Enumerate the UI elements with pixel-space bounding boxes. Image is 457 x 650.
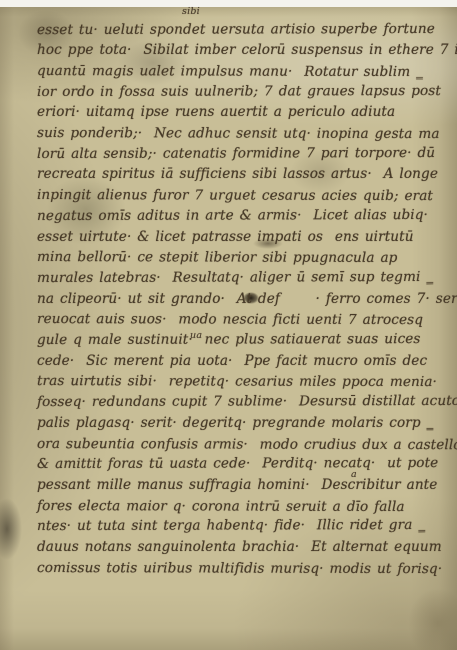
manuscript-line: comissus totis uiribus multifidis murisq… <box>37 559 442 578</box>
interlinear-gloss: ua <box>190 330 202 341</box>
manuscript-line: suis ponderib;· Nec adhuc sensit utq· in… <box>37 124 440 143</box>
manuscript-line: quantū magis ualet impulsus manu· Rotatu… <box>37 62 423 81</box>
manuscript-line: pessant mille manus suffragia homini· De… <box>37 476 437 494</box>
manuscript-line: reuocat auis suos· modo nescia ficti uen… <box>37 310 423 329</box>
manuscript-line: mina bellorū· ce stepit liberior sibi pp… <box>37 248 398 267</box>
manuscript-line: ntes· ut tuta sint terga habentq· fide· … <box>37 516 425 535</box>
manuscript-line: gule q male sustinuit· nec plus satiauer… <box>37 330 421 349</box>
manuscript-line: lorū alta sensib;· catenatis formidine 7… <box>37 144 435 163</box>
interlinear-gloss: sibi <box>182 6 200 17</box>
manuscript-line: cede· Sic merent pia uota· Ppe facit muc… <box>37 352 427 370</box>
manuscript-line: fosseq· redundans cupit 7 sublime· Desur… <box>37 392 457 411</box>
manuscript-line: palis plagasq· serit· degeritq· pregrand… <box>37 414 433 432</box>
manuscript-line: ora subeuntia confusis armis· modo crudi… <box>37 435 457 454</box>
manuscript-line: tras uirtutis sibi· repetitq· cesarius m… <box>37 372 437 391</box>
manuscript-line: na clipeorū· ut sit grando· At def · fer… <box>37 290 457 308</box>
manuscript-line: esset tu· ueluti spondet uersuta artisio… <box>37 19 435 38</box>
manuscript-line: inpingit alienus furor 7 urguet cesarus … <box>37 186 433 205</box>
manuscript-line: negatus omīs aditus in arte & armis· Lic… <box>37 206 428 225</box>
manuscript-line: esset uirtute· & licet patrasse impati o… <box>37 228 414 246</box>
manuscript-line: murales latebras· Resultatq· aliger ū se… <box>37 268 433 287</box>
manuscript-line: & amittit foras tū uasta cede· Perditq· … <box>37 454 438 473</box>
manuscript-line: hoc ppe tota· Sibilat imber celorū suspe… <box>37 41 457 59</box>
manuscript-line: dauus notans sanguinolenta brachia· Et a… <box>37 538 442 556</box>
manuscript-line: eriori· uitamq ipse ruens auertit a peri… <box>37 103 395 121</box>
text-block: esset tu· ueluti spondet uersuta artisio… <box>0 0 457 650</box>
manuscript-line: recreata spiritus iā sufficiens sibi las… <box>37 165 438 183</box>
interlinear-gloss: a <box>351 469 357 480</box>
manuscript-line: fores electa maior q· corona intrū serui… <box>37 497 405 516</box>
manuscript-line: ior ordo in fossa suis uulnerib; 7 dat g… <box>37 82 441 101</box>
manuscript-scan: esset tu· ueluti spondet uersuta artisio… <box>0 0 457 650</box>
